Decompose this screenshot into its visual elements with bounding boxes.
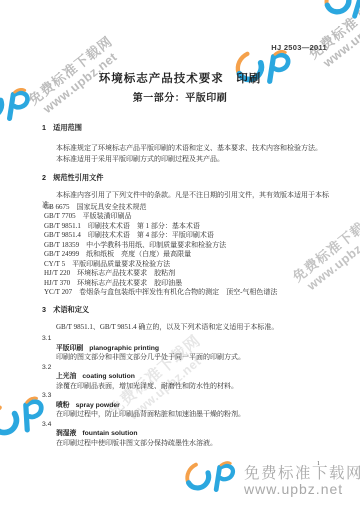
- reference-item: GB/T 18359 中小学教科书用纸、印制质量要求和检验方法: [44, 241, 334, 250]
- term-name-cn: 喷粉: [56, 402, 70, 409]
- up-logo-icon: [320, 0, 360, 25]
- term-definition: 涂覆在印刷品表面，增加光泽度、耐磨性和防水性的材料。: [42, 382, 332, 392]
- reference-item: GB/T 24999 纸和纸板 亮度（白度）最高限量: [44, 250, 334, 259]
- term-number: 3.3: [42, 391, 332, 401]
- doc-subtitle: 第一部分：平版印刷: [0, 89, 360, 104]
- term-name-cn: 润湿液: [56, 430, 76, 437]
- term-name-en: spray powder: [76, 402, 120, 409]
- brand-site-name: 免费标准下载网: [244, 465, 360, 482]
- reference-item: YC/T 207 卷烟条与盒包装纸中挥发性有机化合物的测定 顶空-气相色谱法: [44, 288, 334, 297]
- brand-text: 免费标准下载网 www.upbz.net: [244, 465, 360, 497]
- reference-item: CY/T 5 平版印刷品质量要求及检验方法: [44, 260, 334, 269]
- term-name: 上光油coating solution: [42, 372, 332, 382]
- term-name: 润湿液fountain solution: [42, 429, 332, 439]
- watermark-site-name: 免费标准下载网: [292, 0, 360, 72]
- site-brand-footer: 免费标准下载网 www.upbz.net: [183, 461, 360, 500]
- doc-title: 环境标志产品技术要求 印刷: [0, 70, 360, 86]
- page-number: 1: [317, 461, 320, 467]
- reference-item: GB/T 9851.1 印刷技术术语 第 1 部分：基本术语: [44, 222, 334, 231]
- reference-item: GB/T 9851.4 印刷技术术语 第 4 部分：平版印刷术语: [44, 231, 334, 240]
- section-3-heading: 3 术语和定义: [42, 305, 89, 315]
- reference-item: HJ/T 220 环境标志产品技术要求 胶粘剂: [44, 269, 334, 278]
- reference-list: GB 6675 国家玩具安全技术规范 GB/T 7705 平版装潢印刷品 GB/…: [44, 203, 334, 298]
- term-name-cn: 上光油: [56, 373, 76, 380]
- term-name-en: coating solution: [82, 373, 134, 380]
- term-definition: 在印刷过程中使印版非图文部分保持疏墨性水溶液。: [42, 439, 332, 449]
- term-number: 3.4: [42, 420, 332, 430]
- term-number: 3.1: [42, 334, 332, 344]
- doc-number: HJ 2503—2011: [271, 43, 327, 52]
- section-1-heading: 1 适用范围: [42, 123, 82, 133]
- term-number: 3.2: [42, 363, 332, 373]
- term-definition: 在印刷过程中，防止印刷品背面粘脏和加速油墨干燥的粉剂。: [42, 410, 332, 420]
- section-1-paragraph-2: 本标准适用于采用平版印刷方式的印刷过程及其产品。: [42, 155, 330, 165]
- term-name-cn: 平版印刷: [56, 345, 83, 352]
- term-name: 喷粉spray powder: [42, 401, 332, 411]
- document-page: 免费标准下载网 www.upbz.net 免费标准下载网 www.upbz.ne…: [0, 0, 360, 509]
- brand-site-url: www.upbz.net: [244, 482, 360, 497]
- reference-item: GB/T 7705 平版装潢印刷品: [44, 212, 334, 221]
- term-name: 平版印刷planographic printing: [42, 344, 332, 354]
- term-name-en: planographic printing: [89, 345, 159, 352]
- term-definition: 印刷的图文部分和非图文部分几乎处于同一平面的印刷方式。: [42, 353, 332, 363]
- section-2-heading: 2 规范性引用文件: [42, 173, 104, 183]
- reference-item: HJ/T 370 环境标志产品技术要求 胶印油墨: [44, 279, 334, 288]
- section-3-intro: GB/T 9851.1、GB/T 9851.4 确立的，以及下列术语和定义适用于…: [42, 323, 330, 333]
- up-logo-icon: [183, 461, 239, 500]
- term-name-en: fountain solution: [82, 430, 137, 437]
- terms-list: 3.1 平版印刷planographic printing 印刷的图文部分和非图…: [42, 334, 332, 449]
- section-1-paragraph-1: 本标准规定了环境标志产品平版印刷的术语和定义、基本要求、技术内容和检验方法。: [42, 144, 330, 154]
